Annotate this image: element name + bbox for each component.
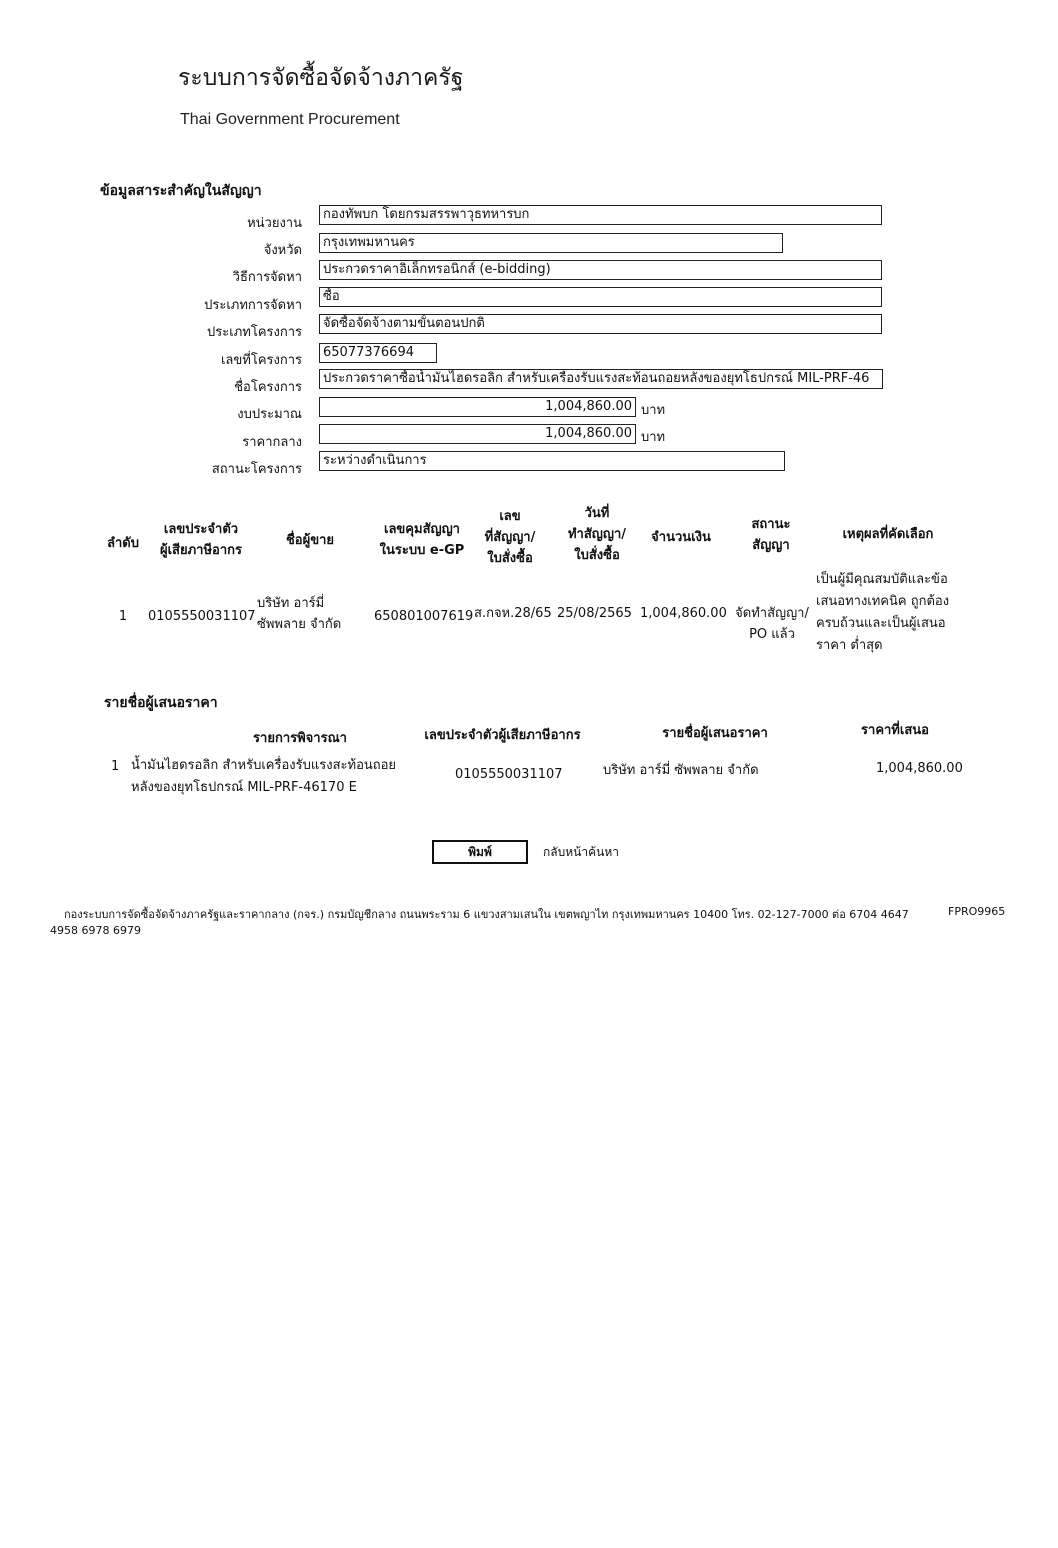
field-project-name: ประกวดราคาซื้อน้ำมันไฮดรอลิก สำหรับเครื่… [319, 369, 883, 389]
col-header-tax-id: เลขประจำตัว ผู้เสียภาษีอากร [148, 519, 254, 561]
field-label-project-type: ประเภทโครงการ [102, 321, 302, 342]
system-title-thai: ระบบการจัดซื้อจัดจ้างภาครัฐ [178, 60, 463, 96]
cell-date: 25/08/2565 [557, 603, 632, 624]
bidder-row-item: น้ำมันไฮดรอลิก สำหรับเครื่องรับแรงสะท้อน… [131, 755, 396, 799]
cell-contract-no: ส.กจห.28/65 [474, 603, 552, 624]
field-province: กรุงเทพมหานคร [319, 233, 783, 253]
cell-tax-id: 0105550031107 [148, 606, 256, 627]
field-project-status: ระหว่างดำเนินการ [319, 451, 785, 471]
cell-vendor: บริษัท อาร์มี่ ซัพพลาย จำกัด [257, 593, 341, 635]
col-header-reason: เหตุผลที่คัดเลือก [818, 524, 958, 545]
footer-address-continued: 4958 6978 6979 [50, 924, 141, 937]
bidder-row-name: บริษัท อาร์มี่ ซัพพลาย จำกัด [603, 760, 759, 781]
col-header-egp-no: เลขคุมสัญญา ในระบบ e-GP [368, 519, 476, 561]
footer-form-code: FPRO9965 [948, 905, 1005, 918]
col-header-contract-status: สถานะ สัญญา [730, 514, 812, 556]
bidder-row-tax-id: 0105550031107 [455, 764, 563, 785]
bidders-col-header-item: รายการพิจารณา [200, 728, 400, 749]
back-to-search-link[interactable]: กลับหน้าค้นหา [543, 843, 619, 862]
bidders-col-header-tax-id: เลขประจำตัวผู้เสียภาษีอากร [410, 725, 595, 746]
footer-address: กองระบบการจัดซื้อจัดจ้างภาครัฐและราคากลา… [64, 905, 909, 923]
field-budget: 1,004,860.00 [319, 397, 636, 417]
field-label-budget: งบประมาณ [102, 403, 302, 424]
field-project-type: จัดซื้อจัดจ้างตามขั้นตอนปกติ [319, 314, 882, 334]
field-label-procurement-type: ประเภทการจัดหา [102, 294, 302, 315]
col-header-vendor: ชื่อผู้ขาย [262, 530, 358, 551]
col-header-amount: จำนวนเงิน [640, 527, 722, 548]
field-method: ประกวดราคาอิเล็กทรอนิกส์ (e-bidding) [319, 260, 882, 280]
col-header-date: วันที่ ทำสัญญา/ ใบสั่งซื้อ [554, 503, 640, 566]
cell-egp-no: 650801007619 [374, 606, 473, 627]
bidders-col-header-price: ราคาที่เสนอ [850, 720, 940, 741]
field-label-project-name: ชื่อโครงการ [102, 376, 302, 397]
contract-info-heading: ข้อมูลสาระสำคัญในสัญญา [100, 180, 262, 202]
field-label-project-status: สถานะโครงการ [102, 458, 302, 479]
print-button[interactable]: พิมพ์ [432, 840, 528, 864]
cell-contract-status: จัดทำสัญญา/ PO แล้ว [730, 603, 814, 645]
col-header-contract-no: เลข ที่สัญญา/ ใบสั่งซื้อ [470, 506, 550, 569]
cell-no: 1 [100, 606, 146, 627]
median-price-unit: บาท [641, 426, 665, 447]
bidders-col-header-bidder: รายชื่อผู้เสนอราคา [640, 723, 790, 744]
field-agency: กองทัพบก โดยกรมสรรพาวุธทหารบก [319, 205, 882, 225]
bidder-row-price: 1,004,860.00 [876, 758, 963, 779]
bidders-heading: รายชื่อผู้เสนอราคา [104, 692, 218, 714]
field-label-method: วิธีการจัดหา [102, 266, 302, 287]
field-label-median-price: ราคากลาง [102, 431, 302, 452]
field-label-project-no: เลขที่โครงการ [102, 349, 302, 370]
system-title-english: Thai Government Procurement [180, 111, 400, 129]
bidder-row-no: 1 [111, 756, 119, 777]
budget-unit: บาท [641, 399, 665, 420]
field-label-agency: หน่วยงาน [102, 212, 302, 233]
col-header-no: ลำดับ [100, 533, 146, 554]
cell-reason: เป็นผู้มีคุณสมบัติและข้อ เสนอทางเทคนิค ถ… [816, 569, 949, 657]
field-project-no: 65077376694 [319, 343, 437, 363]
field-procurement-type: ซื้อ [319, 287, 882, 307]
field-label-province: จังหวัด [102, 239, 302, 260]
field-median-price: 1,004,860.00 [319, 424, 636, 444]
cell-amount: 1,004,860.00 [640, 603, 727, 624]
